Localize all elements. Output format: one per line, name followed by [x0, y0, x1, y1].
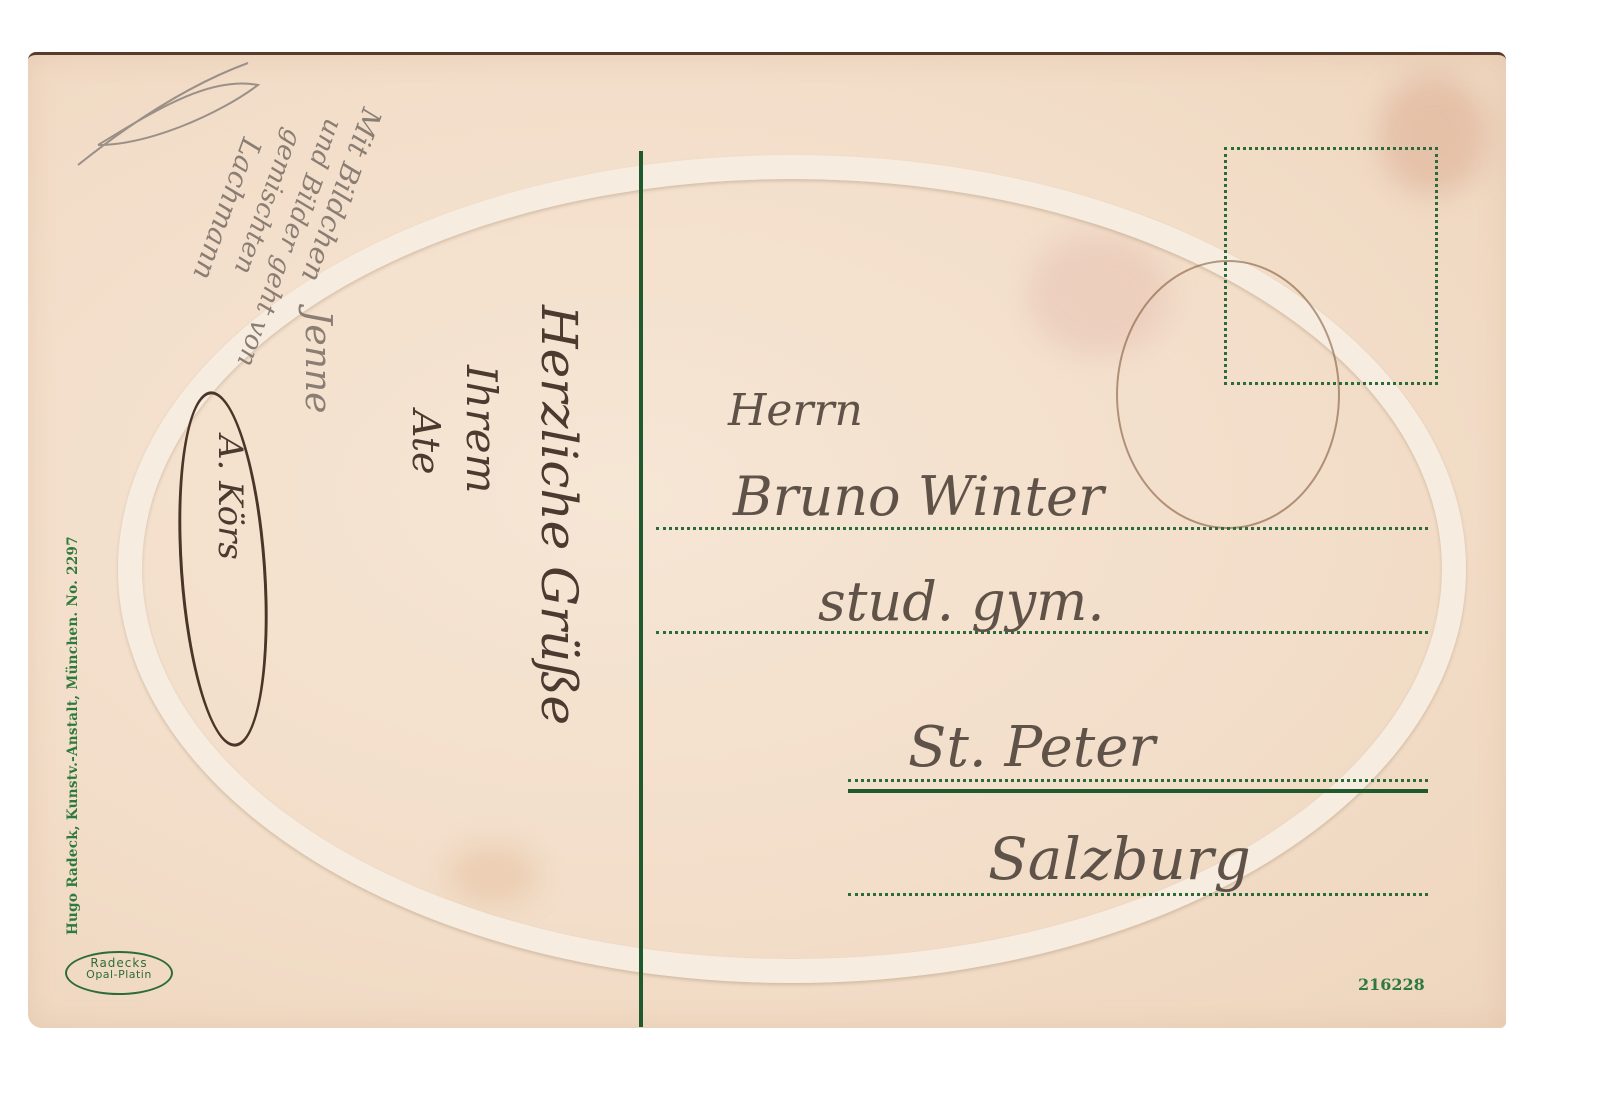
- serial-number: 216228: [1358, 975, 1425, 994]
- address-salutation: Herrn: [728, 385, 863, 436]
- message-greeting: Herzliche Grüße: [530, 305, 588, 725]
- address-city: Salzburg: [988, 825, 1251, 893]
- publisher-logo: Radecks Opal-Platin: [65, 951, 173, 995]
- address-street: St. Peter: [908, 715, 1155, 780]
- pencil-doodle: [68, 55, 268, 175]
- stamp-placeholder-box: [1224, 147, 1438, 385]
- logo-line-2: Opal-Platin: [67, 969, 171, 981]
- center-divider-line: [639, 151, 643, 1027]
- address-line-3-solid: [848, 789, 1428, 793]
- signature: A. Körs: [210, 435, 250, 560]
- address-title: stud. gym.: [818, 570, 1105, 633]
- message-line-3: Ate: [404, 410, 448, 475]
- address-line-4: [848, 893, 1428, 896]
- publisher-imprint: Hugo Radeck, Kunstv.-Anstalt, München. N…: [65, 536, 81, 935]
- message-line-2: Ihrem: [457, 365, 506, 493]
- address-name: Bruno Winter: [733, 465, 1104, 528]
- postcard-back: Hugo Radeck, Kunstv.-Anstalt, München. N…: [28, 52, 1506, 1028]
- pencil-note-line-5: Jenne: [297, 310, 338, 413]
